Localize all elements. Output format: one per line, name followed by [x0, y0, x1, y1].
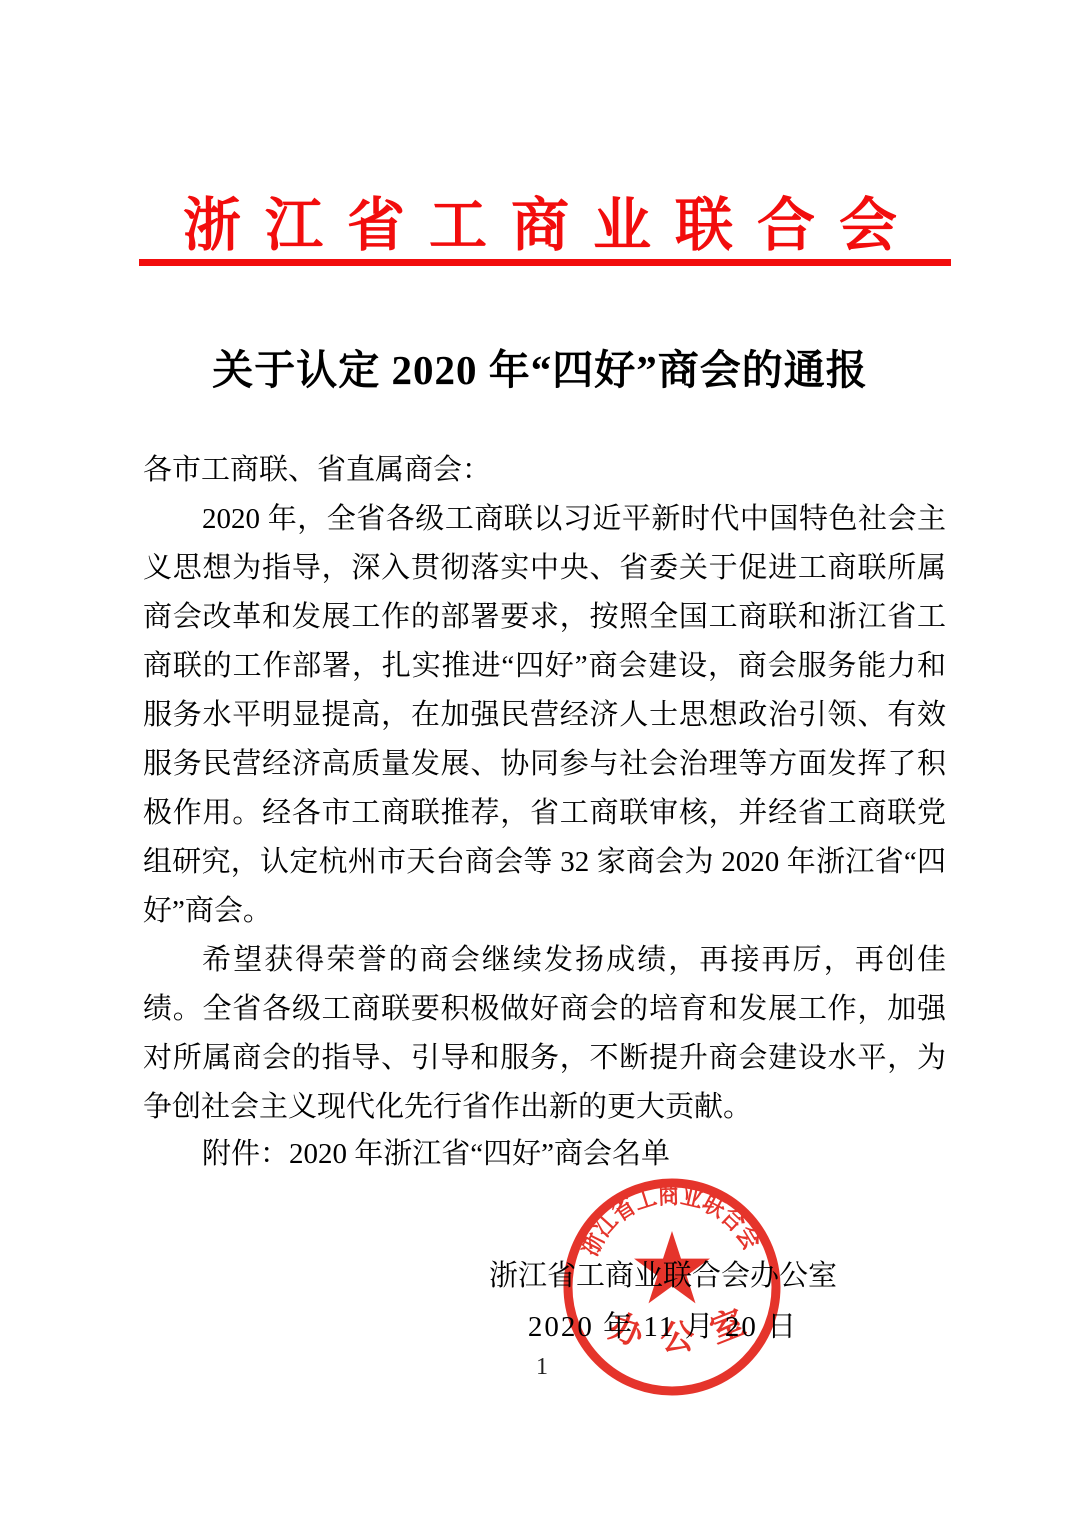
salutation-line: 各市工商联、省直属商会：: [143, 446, 946, 495]
attachment-line: 附件：2020 年浙江省“四好”商会名单: [143, 1130, 946, 1179]
letterhead-org-name: 浙江省工商业联合会: [0, 178, 1080, 262]
signature-org-name: 浙江省工商业联合会办公室: [433, 1252, 893, 1301]
body-paragraph-2: 希望获得荣誉的商会继续发扬成绩，再接再厉，再创佳绩。全省各级工商联要积极做好商会…: [143, 936, 946, 1132]
page-number: 1: [522, 1352, 562, 1382]
document-date: 2020 年 11 月 20 日: [433, 1303, 893, 1352]
document-body: 各市工商联、省直属商会： 2020 年，全省各级工商联以习近平新时代中国特色社会…: [143, 446, 946, 1132]
seal-arc-text: 浙江省工商业联合会: [573, 1178, 767, 1260]
document-title: 关于认定 2020 年“四好”商会的通报: [0, 337, 1080, 396]
body-paragraph-1: 2020 年，全省各级工商联以习近平新时代中国特色社会主义思想为指导，深入贯彻落…: [143, 495, 946, 936]
letterhead-divider-rule: [139, 259, 951, 266]
document-page: 浙江省工商业联合会 关于认定 2020 年“四好”商会的通报 各市工商联、省直属…: [0, 0, 1080, 1528]
